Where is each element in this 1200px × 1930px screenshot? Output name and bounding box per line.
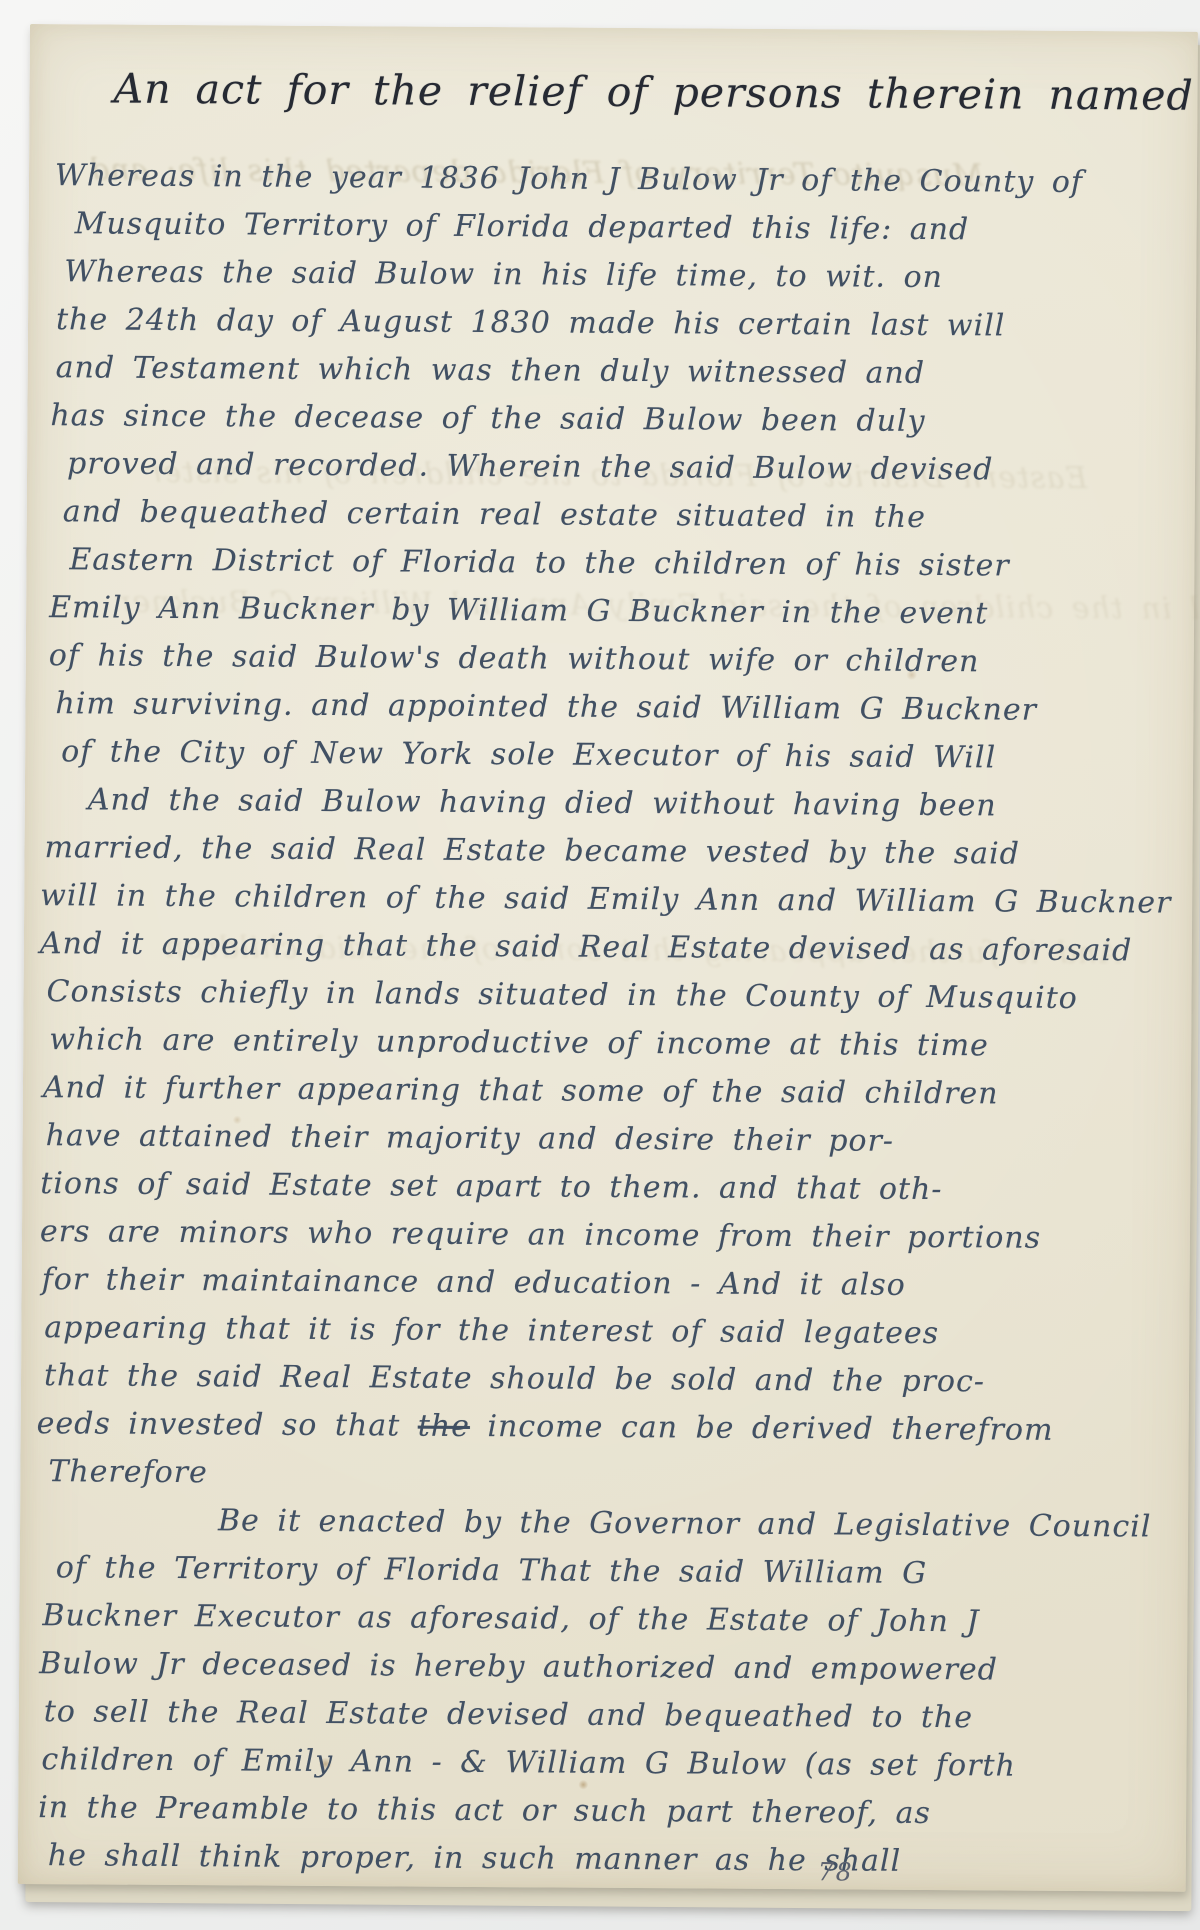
manuscript-line: Eastern District of Florida to the child…: [69, 536, 1182, 591]
manuscript-line: of his the said Bulow's death without wi…: [49, 632, 1182, 688]
manuscript-body: Whereas in the year 1836 John J Bulow Jr…: [18, 152, 1185, 1888]
manuscript-line: Musquito Territory of Florida departed t…: [75, 200, 1185, 255]
manuscript-line: and bequeathed certain real estate situa…: [63, 488, 1183, 543]
manuscript-line: to sell the Real Estate devised and bequ…: [44, 1688, 1175, 1744]
manuscript-line: proved and recorded. Wherein the said Bu…: [67, 440, 1183, 495]
manuscript-line: Whereas in the year 1836 John J Bulow Jr…: [55, 152, 1185, 207]
manuscript-line: appearing that it is for the interest of…: [44, 1304, 1177, 1360]
struck-out-word: the: [418, 1409, 470, 1444]
manuscript-line: of the Territory of Florida That the sai…: [56, 1544, 1176, 1599]
manuscript-line: Emily Ann Buckner by William G Buckner i…: [49, 584, 1182, 640]
manuscript-line: for their maintainance and education - A…: [42, 1256, 1178, 1312]
manuscript-line: Whereas the said Bulow in his life time,…: [64, 248, 1184, 303]
manuscript-line: him surviving. and appointed the said Wi…: [55, 680, 1181, 735]
manuscript-line: ers are minors who require an income fro…: [40, 1208, 1178, 1264]
manuscript-line: has since the decease of the said Bulow …: [50, 392, 1183, 448]
manuscript-line: the 24th day of August 1830 made his cer…: [56, 296, 1184, 351]
manuscript-line: that the said Real Estate should be sold…: [44, 1352, 1177, 1408]
manuscript-line: And it further appearing that some of th…: [43, 1064, 1179, 1120]
manuscript-line: And it appearing that the said Real Esta…: [40, 920, 1180, 976]
scanned-document-screenshot: Musquito Territory of Florida departed t…: [0, 0, 1200, 1930]
document-title: An act for the relief of persons therein…: [113, 65, 1167, 120]
handwriting-layer: An act for the relief of persons therein…: [18, 24, 1198, 1892]
manuscript-line: and Testament which was then duly witnes…: [56, 344, 1184, 399]
manuscript-line: And the said Bulow having died without h…: [88, 776, 1181, 831]
manuscript-line: Buckner Executor as aforesaid, of the Es…: [42, 1592, 1175, 1648]
manuscript-line: married, the said Real Estate became ves…: [44, 824, 1180, 880]
manuscript-line: Consists chiefly in lands situated in th…: [46, 968, 1179, 1024]
manuscript-line: in the Preamble to this act or such part…: [38, 1784, 1174, 1840]
page-number: 78: [818, 1857, 854, 1886]
manuscript-line: Therefore: [48, 1448, 1176, 1503]
manuscript-line: of the City of New York sole Executor of…: [61, 728, 1181, 783]
manuscript-line: tions of said Estate set apart to them. …: [40, 1160, 1178, 1216]
manuscript-line: which are entirely unproductive of incom…: [49, 1016, 1179, 1071]
manuscript-line: eeds invested so that the income can be …: [37, 1400, 1177, 1456]
manuscript-line: Be it enacted by the Governor and Legisl…: [218, 1497, 1176, 1551]
manuscript-line: Bulow Jr deceased is hereby authorized a…: [39, 1640, 1175, 1696]
manuscript-line: have attained their majority and desire …: [45, 1112, 1178, 1168]
manuscript-line: he shall think proper, in such manner as…: [48, 1832, 1174, 1887]
manuscript-line: will in the children of the said Emily A…: [40, 872, 1180, 928]
manuscript-line: children of Emily Ann - & William G Bulo…: [41, 1736, 1174, 1792]
document-page: Musquito Territory of Florida departed t…: [18, 24, 1198, 1892]
